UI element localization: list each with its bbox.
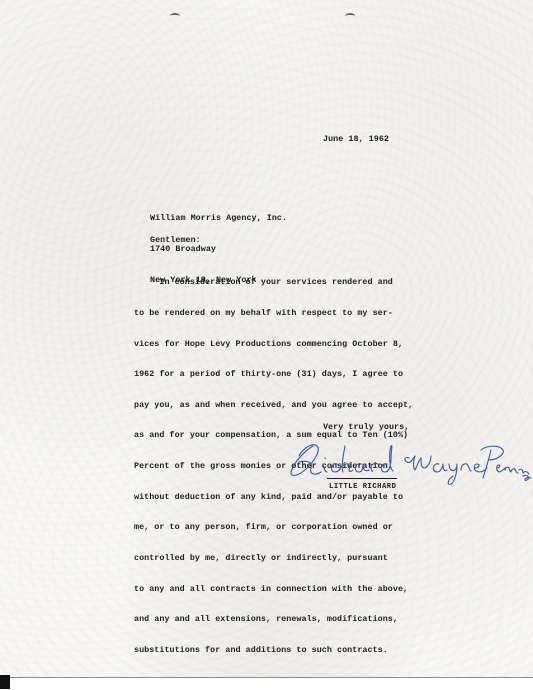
body-line: In consideration of your services render… <box>134 277 413 287</box>
salutation: Gentlemen: <box>150 235 201 245</box>
letter-page: June 18, 1962 William Morris Agency, Inc… <box>0 0 533 690</box>
scan-bottom-edge <box>0 677 533 690</box>
body-line: controlled by me, directly or indirectly… <box>134 553 413 563</box>
body-line: and any and all extensions, renewals, mo… <box>134 614 413 624</box>
punch-hole-mark-left <box>170 13 180 19</box>
punch-hole-mark-right <box>345 13 355 19</box>
recipient-line: William Morris Agency, Inc. <box>150 213 287 223</box>
letter-date: June 18, 1962 <box>323 134 389 144</box>
typed-signature-name: LITTLE RICHARD <box>329 482 396 492</box>
body-line: me, or to any person, firm, or corporati… <box>134 522 413 532</box>
body-line: substitutions for and additions to such … <box>134 645 413 655</box>
signature-line <box>327 478 397 479</box>
body-line: vices for Hope Levy Productions commenci… <box>134 339 413 349</box>
body-line: pay you, as and when received, and you a… <box>134 400 413 410</box>
body-line: 1962 for a period of thirty-one (31) day… <box>134 369 413 379</box>
body-line: to be rendered on my behalf with respect… <box>134 308 413 318</box>
recipient-line: 1740 Broadway <box>150 244 287 254</box>
body-line: to any and all contracts in connection w… <box>134 584 413 594</box>
closing: Very truly yours, <box>323 422 409 432</box>
handwritten-signature <box>285 438 533 498</box>
